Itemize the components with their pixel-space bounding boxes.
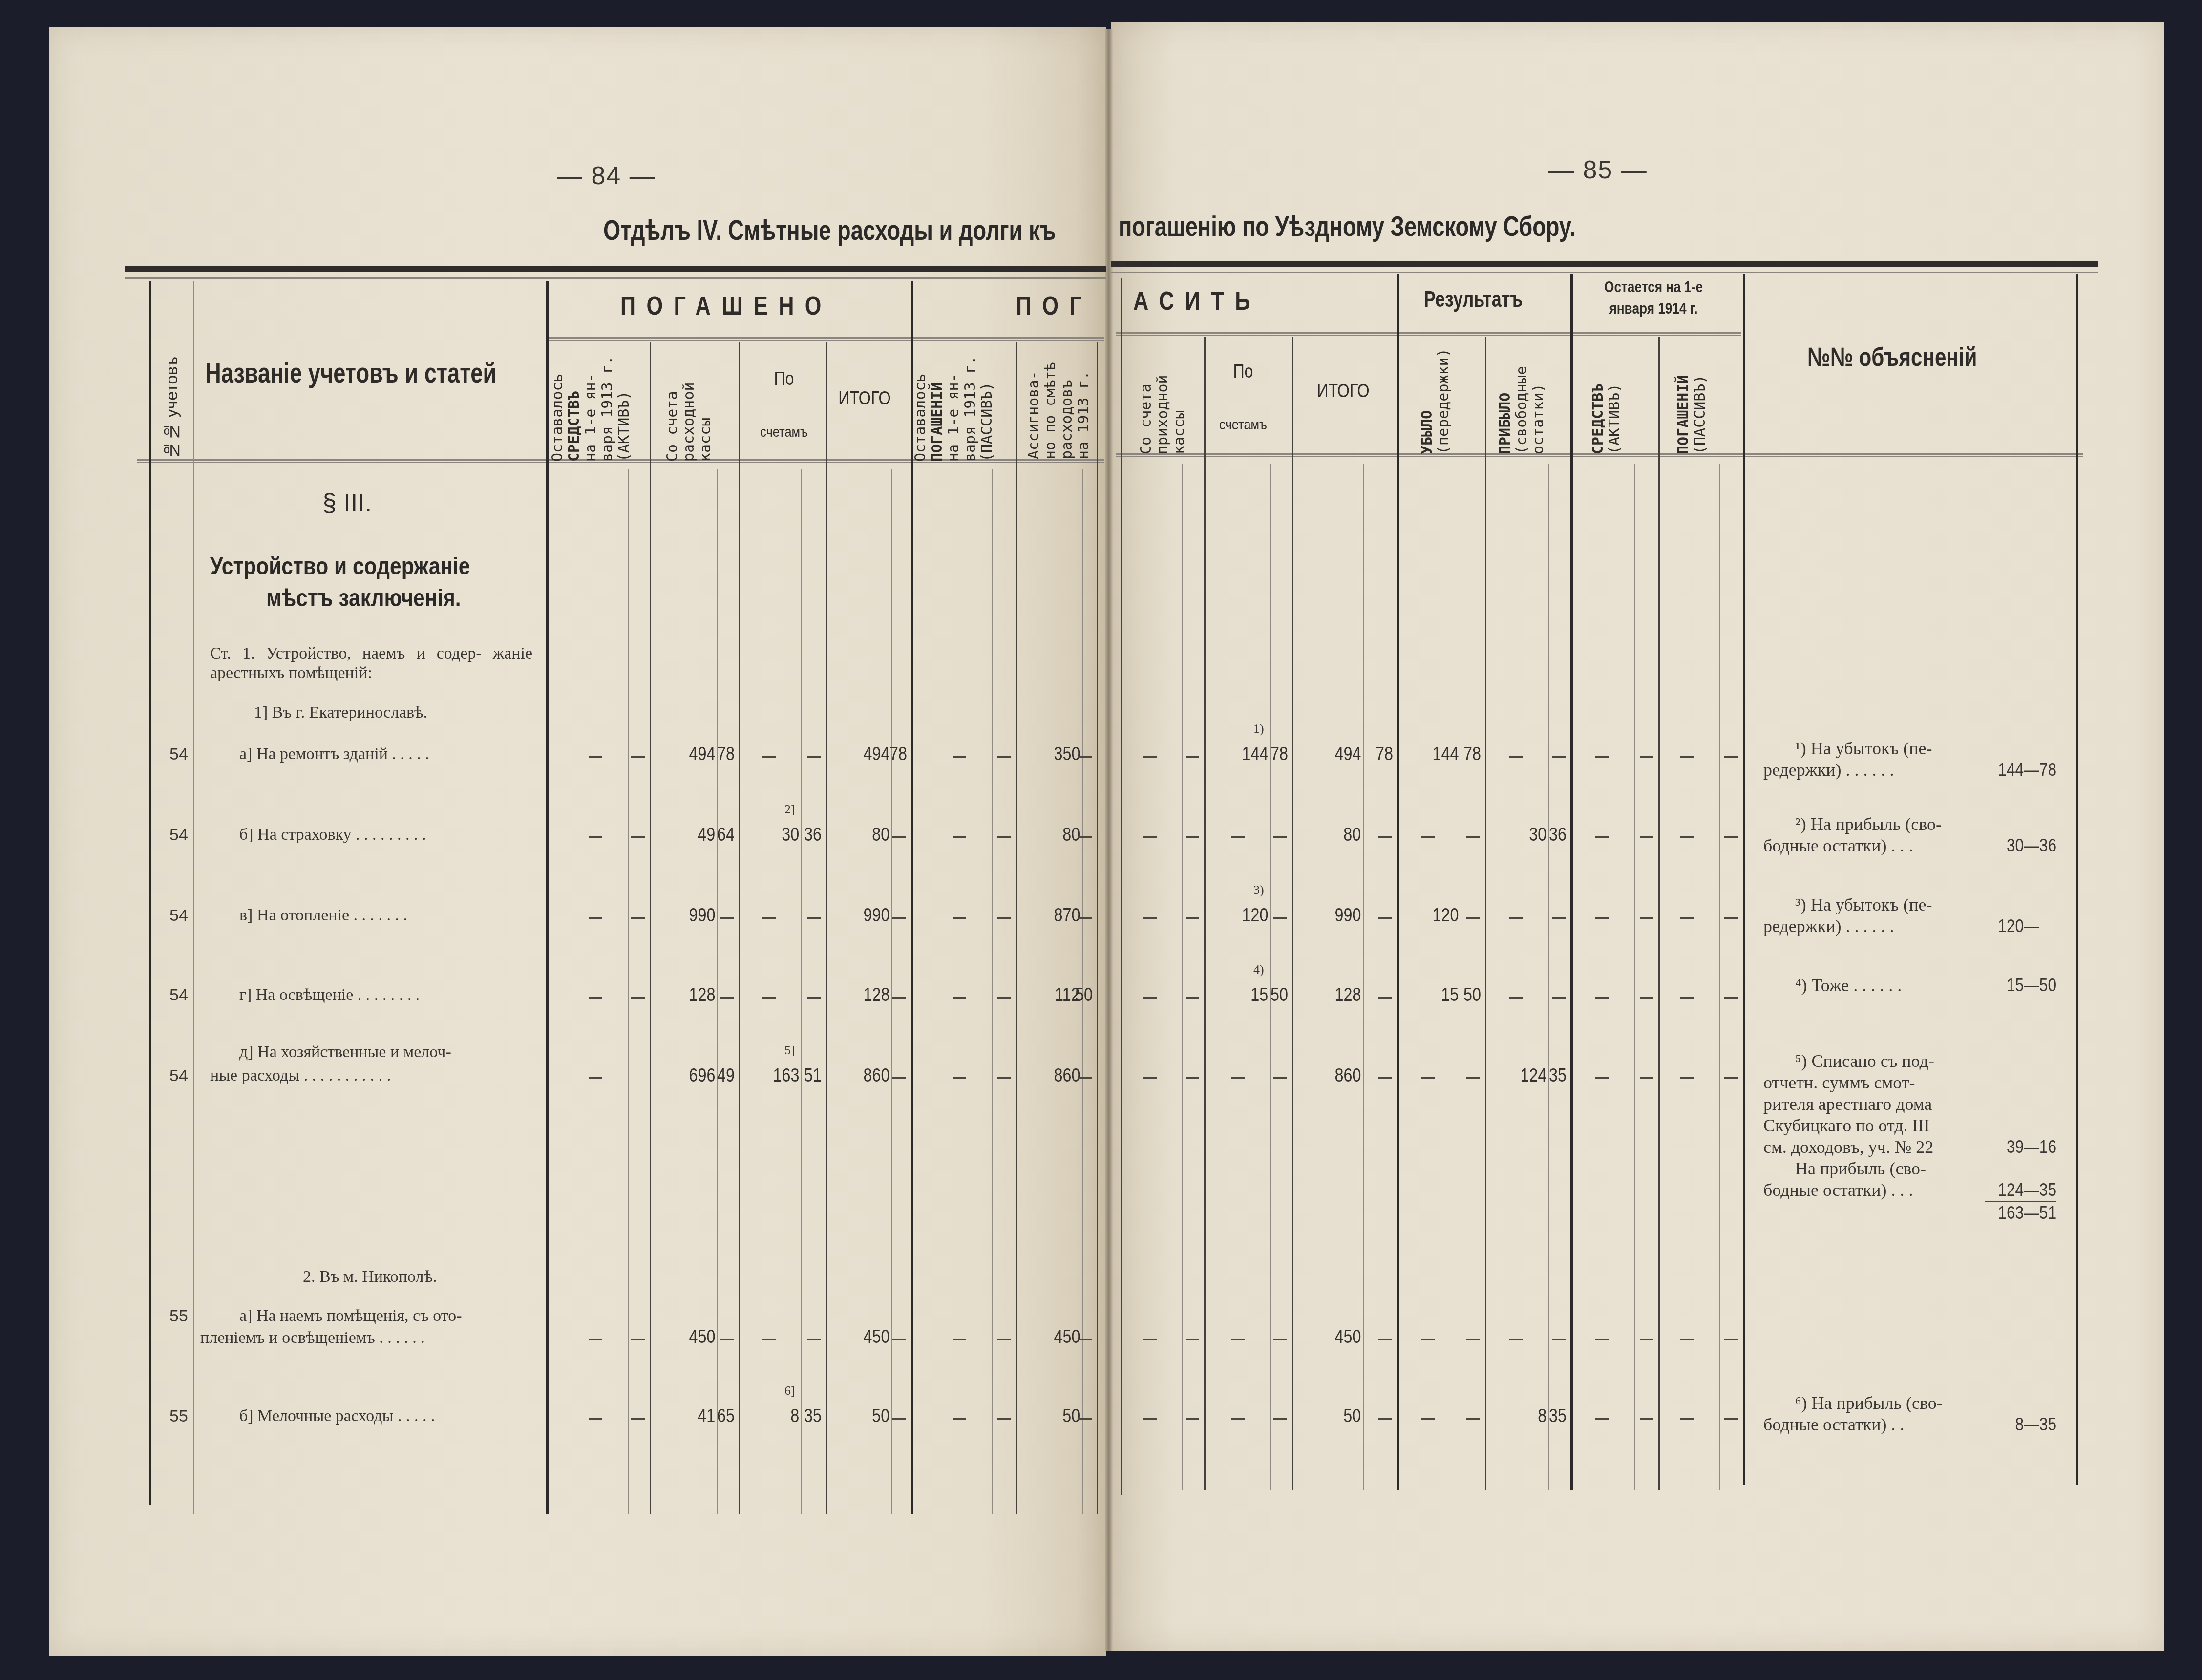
empty-dash (631, 756, 645, 758)
empty-dash (997, 997, 1011, 999)
row-name: ные расходы . . . . . . . . . . . (210, 1066, 391, 1085)
col-line (1548, 464, 1549, 1490)
ruble-cell: 350 (1054, 744, 1080, 765)
row-name: а] На ремонтъ зданій . . . . . (239, 745, 429, 764)
footnote-marker: 1) (1253, 722, 1264, 736)
empty-dash (1273, 1077, 1287, 1079)
empty-dash (631, 1339, 645, 1340)
subheader-pogasheniy: ПОГАШЕНІЙ (ПАССИВЪ) (1675, 342, 1709, 454)
section-title-line2: мѣстъ заключенія. (266, 584, 461, 612)
empty-dash (1595, 836, 1609, 838)
empty-dash (1421, 1077, 1435, 1079)
empty-dash (720, 917, 734, 919)
empty-dash (1552, 1339, 1566, 1340)
kopeck-cell: 50 (1075, 985, 1093, 1006)
top-rule-left-thin (125, 277, 1106, 279)
section-heading: § III. (322, 489, 372, 518)
row-name: в] На отопленіе . . . . . . . (239, 906, 407, 925)
row-acct: 54 (169, 986, 188, 1005)
empty-dash (1466, 1418, 1480, 1420)
empty-dash (762, 917, 776, 919)
empty-dash (762, 756, 776, 758)
empty-dash (1595, 917, 1609, 919)
kopeck-cell: 35 (1549, 1406, 1567, 1427)
subheader-itogo-left: ИТОГО (836, 386, 894, 412)
ruble-cell: 30 (1529, 825, 1546, 846)
header-subrule-left (547, 337, 1104, 341)
empty-dash (953, 1077, 966, 1079)
empty-dash (1143, 1077, 1157, 1079)
ruble-cell: 860 (1054, 1065, 1080, 1086)
empty-dash (1378, 1339, 1392, 1340)
empty-dash (953, 756, 966, 758)
top-rule-right (1111, 261, 2098, 267)
row-name-line1: а] На наемъ помѣщенія, съ ото- (239, 1307, 462, 1325)
ruble-cell: 120 (1432, 905, 1459, 926)
empty-dash (631, 836, 645, 838)
col-line (1658, 337, 1660, 1490)
subheader-so-scheta-raskhodnoy: Со счета расходной кассы (664, 344, 714, 462)
ruble-cell: 144 (1242, 744, 1268, 765)
empty-dash (1640, 756, 1653, 758)
empty-dash (807, 997, 821, 999)
row-acct: 55 (169, 1307, 188, 1326)
empty-dash (720, 997, 734, 999)
empty-dash (1378, 997, 1392, 999)
ruble-cell: 128 (863, 985, 889, 1006)
empty-dash (631, 997, 645, 999)
header-explanations: №№ объясненій (1807, 342, 1977, 372)
kopeck-cell: 64 (717, 825, 735, 846)
col-line (911, 281, 913, 1514)
section-title-line1: Устройство и содержаніе (210, 552, 470, 580)
ruble-cell: 8 (1538, 1406, 1546, 1427)
ruble-cell: 49 (698, 825, 715, 846)
empty-dash (1640, 1077, 1653, 1079)
header-remains: Остается на 1-е января 1914 г. (1589, 276, 1717, 319)
empty-dash (892, 997, 906, 999)
empty-dash (997, 1418, 1011, 1420)
empty-dash (1421, 1339, 1435, 1340)
ruble-cell: 450 (689, 1327, 715, 1348)
empty-dash (1186, 756, 1199, 758)
empty-dash (762, 997, 776, 999)
row-name: г] На освѣщеніе . . . . . . . . (239, 986, 420, 1004)
empty-dash (953, 1418, 966, 1420)
section-article: Ст. 1. Устройство, наемъ и содер- жаніе … (210, 644, 532, 683)
footnote-marker: 2] (784, 802, 795, 817)
empty-dash (1724, 836, 1738, 838)
empty-dash (1078, 756, 1092, 758)
empty-dash (997, 756, 1011, 758)
ruble-cell: 990 (863, 905, 889, 926)
empty-dash (997, 1339, 1011, 1340)
subheader-sredstv: СРЕДСТВЪ (АКТИВЪ) (1590, 342, 1623, 454)
subheader-po-schetam: Посчетамъ (757, 366, 811, 445)
empty-dash (1640, 997, 1653, 999)
empty-dash (892, 1339, 906, 1340)
empty-dash (1724, 997, 1738, 999)
empty-dash (1143, 1418, 1157, 1420)
note-5: ⁵) Списано съ под- отчетн. суммъ смот- р… (1763, 1050, 2056, 1224)
page-title-right: погашенію по Уѣздному Земскому Сбору. (1119, 210, 1576, 243)
col-line (801, 469, 802, 1514)
empty-dash (1078, 1339, 1092, 1340)
header-pogasit-right: АСИТЬ (1133, 286, 1261, 316)
empty-dash (1640, 836, 1653, 838)
col-line (1182, 464, 1183, 1490)
empty-dash (762, 1339, 776, 1340)
col-line (2076, 274, 2078, 1485)
empty-dash (1680, 1077, 1694, 1079)
kopeck-cell: 78 (1463, 744, 1481, 765)
empty-dash (1078, 836, 1092, 838)
note-1: ¹) На убытокъ (пе- редержки) . . . . . .… (1763, 738, 2056, 781)
kopeck-cell: 78 (1376, 744, 1393, 765)
col-line (739, 342, 740, 1514)
empty-dash (1378, 1077, 1392, 1079)
header-subrule-right (1116, 332, 1741, 336)
empty-dash (1552, 997, 1566, 999)
col-line (826, 342, 827, 1514)
kopeck-cell: 35 (1549, 1065, 1567, 1086)
col-line (1363, 464, 1364, 1490)
subheader-pribylo: ПРИБЫЛО (свободные остатки) (1497, 342, 1547, 454)
ruble-cell: 696 (689, 1065, 715, 1086)
header-pogasit-left: ПОГ (1016, 291, 1092, 321)
empty-dash (892, 1418, 906, 1420)
empty-dash (807, 1339, 821, 1340)
empty-dash (892, 836, 906, 838)
empty-dash (1680, 997, 1694, 999)
row-name: б] Мелочные расходы . . . . . (239, 1407, 435, 1425)
empty-dash (1078, 917, 1092, 919)
ruble-cell: 494 (1334, 744, 1361, 765)
ruble-cell: 128 (689, 985, 715, 1006)
ruble-cell: 450 (1334, 1327, 1361, 1348)
ruble-cell: 163 (773, 1065, 799, 1086)
ruble-cell: 494 (863, 744, 889, 765)
ruble-cell: 128 (1334, 985, 1361, 1006)
col-line (1719, 464, 1720, 1490)
ruble-cell: 450 (863, 1327, 889, 1348)
subsection-nikopol: 2. Въ м. Никополѣ. (303, 1268, 437, 1286)
kopeck-cell: 78 (717, 744, 735, 765)
col-line (650, 342, 651, 1514)
empty-dash (1273, 917, 1287, 919)
empty-dash (1509, 917, 1523, 919)
subheader-ubylo: УБЫЛО (передержки) (1419, 342, 1452, 454)
header-pogasheno: ПОГАШЕНО (620, 291, 832, 321)
row-acct: 54 (169, 906, 188, 925)
empty-dash (1724, 1418, 1738, 1420)
ruble-cell: 450 (1054, 1327, 1080, 1348)
kopeck-cell: 51 (804, 1065, 822, 1086)
ruble-cell: 124 (1520, 1065, 1546, 1086)
footnote-marker: 3) (1253, 883, 1264, 897)
ruble-cell: 990 (689, 905, 715, 926)
header-result: Результатъ (1424, 286, 1523, 312)
ruble-cell: 50 (1343, 1406, 1361, 1427)
empty-dash (1640, 917, 1653, 919)
empty-dash (1143, 836, 1157, 838)
note-2: ²) На прибыль (сво- бодные остатки) . . … (1763, 813, 2056, 856)
empty-dash (1509, 1339, 1523, 1340)
empty-dash (1078, 1077, 1092, 1079)
subheader-ostavalos-sredstv: Оставалось СРЕДСТВЪ на 1-е ян- варя 1913… (550, 344, 633, 462)
empty-dash (1378, 917, 1392, 919)
note-3: ³) На убытокъ (пе- редержки) . . . . . .… (1763, 894, 2056, 937)
kopeck-cell: 78 (1270, 744, 1288, 765)
empty-dash (1680, 756, 1694, 758)
empty-dash (589, 1418, 602, 1420)
empty-dash (997, 1077, 1011, 1079)
empty-dash (589, 1339, 602, 1340)
kopeck-cell: 65 (717, 1406, 735, 1427)
kopeck-cell: 50 (1270, 985, 1288, 1006)
col-line (1016, 342, 1017, 1514)
empty-dash (589, 917, 602, 919)
empty-dash (1552, 756, 1566, 758)
col-line (1204, 337, 1206, 1490)
empty-dash (1273, 1418, 1287, 1420)
empty-dash (997, 917, 1011, 919)
empty-dash (1466, 1339, 1480, 1340)
empty-dash (1231, 1339, 1245, 1340)
empty-dash (1724, 917, 1738, 919)
empty-dash (953, 836, 966, 838)
col-line (1485, 337, 1486, 1490)
empty-dash (892, 917, 906, 919)
ruble-cell: 50 (1062, 1406, 1080, 1427)
empty-dash (1186, 917, 1199, 919)
empty-dash (1143, 1339, 1157, 1340)
empty-dash (1143, 997, 1157, 999)
empty-dash (1680, 1339, 1694, 1340)
footnote-marker: 4) (1253, 962, 1264, 977)
header-account-no: №№ учетовъ (164, 332, 180, 459)
top-rule-right-thin (1111, 272, 2098, 273)
empty-dash (1143, 917, 1157, 919)
empty-dash (1186, 1339, 1199, 1340)
empty-dash (1724, 1339, 1738, 1340)
empty-dash (1421, 1418, 1435, 1420)
note-6: ⁶) На прибыль (сво- бодные остатки) . .8… (1763, 1392, 2056, 1435)
empty-dash (1640, 1339, 1653, 1340)
col-line (1570, 274, 1573, 1490)
empty-dash (1680, 917, 1694, 919)
col-line (1292, 337, 1293, 1490)
ruble-cell: 990 (1334, 905, 1361, 926)
col-line (891, 469, 892, 1514)
empty-dash (1466, 1077, 1480, 1079)
kopeck-cell: 78 (889, 744, 907, 765)
empty-dash (1273, 836, 1287, 838)
empty-dash (1231, 1077, 1245, 1079)
empty-dash (1595, 756, 1609, 758)
ruble-cell: 50 (872, 1406, 889, 1427)
empty-dash (1186, 836, 1199, 838)
header-name-column: Названіе учетовъ и статей (205, 357, 496, 389)
row-acct: 55 (169, 1407, 188, 1426)
empty-dash (1680, 1418, 1694, 1420)
empty-dash (1143, 756, 1157, 758)
col-line (717, 469, 718, 1514)
empty-dash (1421, 836, 1435, 838)
ruble-cell: 144 (1432, 744, 1459, 765)
empty-dash (1231, 836, 1245, 838)
ruble-cell: 15 (1250, 985, 1268, 1006)
subheader-assignovano: Ассигнова- но по смѣтѣ расходовъ на 1913… (1026, 342, 1092, 459)
ruble-cell: 860 (863, 1065, 889, 1086)
empty-dash (631, 1418, 645, 1420)
col-line (992, 469, 993, 1514)
empty-dash (589, 836, 602, 838)
row-name: б] На страховку . . . . . . . . . (239, 826, 426, 844)
subheader-so-scheta-prikhodnoy: Со счета приходной кассы (1138, 342, 1188, 454)
empty-dash (1378, 1418, 1392, 1420)
row-acct: 54 (169, 1066, 188, 1085)
empty-dash (1186, 1077, 1199, 1079)
col-line (1270, 464, 1271, 1490)
footnote-marker: 5] (784, 1043, 795, 1058)
col-line (149, 281, 151, 1505)
empty-dash (1378, 836, 1392, 838)
ruble-cell: 494 (689, 744, 715, 765)
empty-dash (1231, 1418, 1245, 1420)
ruble-cell: 860 (1334, 1065, 1361, 1086)
row-acct: 54 (169, 826, 188, 845)
subheader-ostavalos-pogasheniy: Оставалось ПОГАШЕНІЙ на 1-е ян- варя 191… (912, 344, 995, 462)
row-acct: 54 (169, 745, 188, 764)
empty-dash (1273, 1339, 1287, 1340)
col-line (1461, 464, 1461, 1490)
row-name-line1: д] На хозяйственные и мелоч- (239, 1043, 451, 1062)
footnote-marker: 6] (784, 1383, 795, 1398)
kopeck-cell: 36 (804, 825, 822, 846)
note-4: ⁴) Тоже . . . . . .15—50 (1763, 975, 2056, 996)
ruble-cell: 15 (1441, 985, 1459, 1006)
col-line (193, 281, 194, 1514)
ruble-cell: 30 (782, 825, 799, 846)
col-line (1634, 464, 1635, 1490)
empty-dash (589, 756, 602, 758)
empty-dash (1509, 756, 1523, 758)
empty-dash (997, 836, 1011, 838)
kopeck-cell: 35 (804, 1406, 822, 1427)
kopeck-cell: 36 (1549, 825, 1567, 846)
subheader-itogo-right: ИТОГО (1314, 379, 1373, 404)
empty-dash (1724, 756, 1738, 758)
empty-dash (1078, 1418, 1092, 1420)
empty-dash (1680, 836, 1694, 838)
empty-dash (1724, 1077, 1738, 1079)
ruble-cell: 870 (1054, 905, 1080, 926)
empty-dash (1186, 1418, 1199, 1420)
top-rule-left (125, 266, 1106, 272)
empty-dash (1466, 836, 1480, 838)
ruble-cell: 8 (790, 1406, 799, 1427)
kopeck-cell: 49 (717, 1065, 735, 1086)
col-line (1743, 274, 1745, 1485)
empty-dash (1186, 997, 1199, 999)
empty-dash (1595, 997, 1609, 999)
page-title-left: Отдѣлъ IV. Смѣтные расходы и долги къ (603, 214, 1056, 247)
empty-dash (892, 1077, 906, 1079)
ruble-cell: 80 (872, 825, 889, 846)
col-line (1121, 278, 1122, 1495)
left-page-number: — 84 — (557, 161, 656, 191)
empty-dash (1595, 1077, 1609, 1079)
empty-dash (720, 1339, 734, 1340)
kopeck-cell: 50 (1463, 985, 1481, 1006)
empty-dash (807, 917, 821, 919)
empty-dash (1509, 997, 1523, 999)
empty-dash (589, 997, 602, 999)
empty-dash (1595, 1339, 1609, 1340)
empty-dash (631, 917, 645, 919)
empty-dash (589, 1077, 602, 1079)
ruble-cell: 41 (698, 1406, 715, 1427)
right-page-number: — 85 — (1548, 155, 1648, 185)
empty-dash (807, 756, 821, 758)
subheader-po-schetam-right: Посчетамъ (1216, 359, 1270, 437)
empty-dash (1640, 1418, 1653, 1420)
col-line (628, 469, 629, 1514)
ruble-cell: 120 (1242, 905, 1268, 926)
ruble-cell: 80 (1343, 825, 1361, 846)
ruble-cell: 80 (1062, 825, 1080, 846)
row-name: пленіемъ и освѣщеніемъ . . . . . . (200, 1329, 425, 1347)
empty-dash (953, 1339, 966, 1340)
col-line (546, 281, 549, 1514)
subsection-ekaterinoslav: 1] Въ г. Екатеринославѣ. (254, 703, 427, 722)
empty-dash (1466, 917, 1480, 919)
empty-dash (1552, 917, 1566, 919)
empty-dash (953, 997, 966, 999)
col-line (1397, 274, 1399, 1490)
empty-dash (953, 917, 966, 919)
empty-dash (1595, 1418, 1609, 1420)
col-line (1097, 342, 1098, 1514)
